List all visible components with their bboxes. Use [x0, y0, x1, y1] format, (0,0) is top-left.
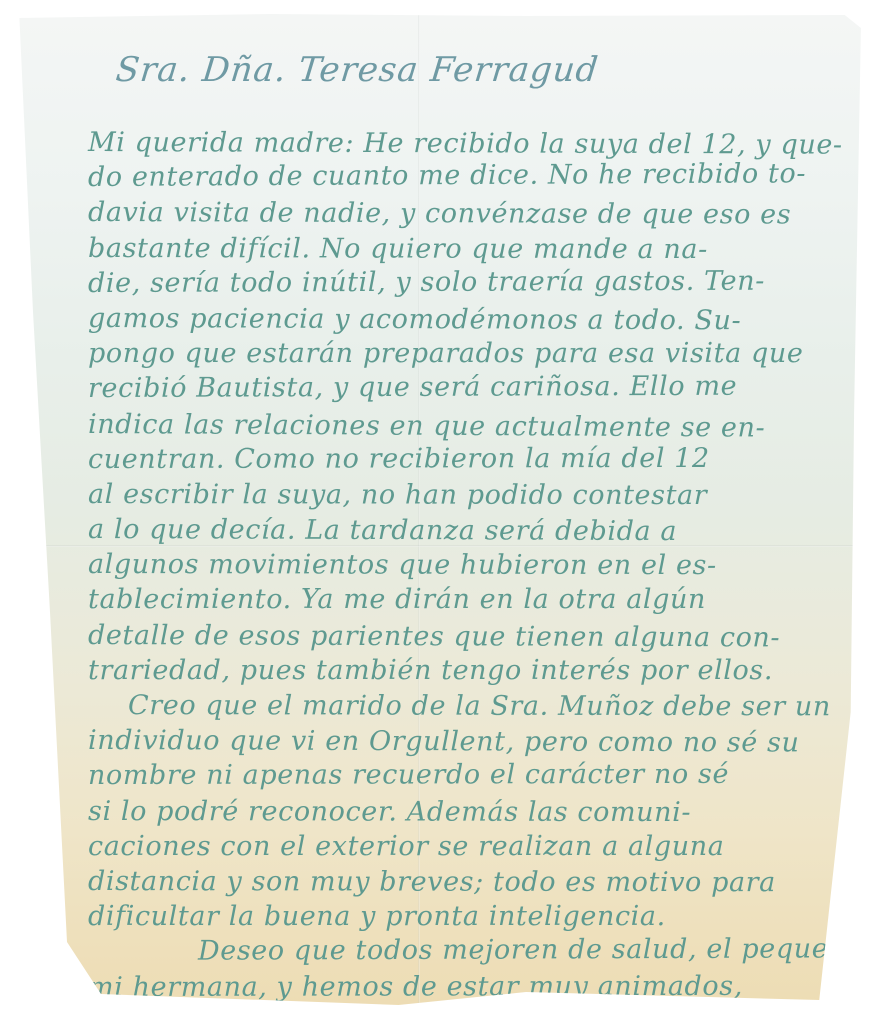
letter-line: gamos paciencia y acomodémonos a todo. S… — [88, 301, 848, 339]
letter-body: Mi querida madre: He recibido la suya de… — [88, 125, 848, 1005]
letter-line: die, sería todo inútil, y solo traería g… — [88, 263, 848, 301]
letter-line: caciones con el exterior se realizan a a… — [88, 829, 848, 864]
letter-line: davia visita de nadie, y convénzase de q… — [88, 195, 848, 233]
letter-line: al escribir la suya, no han podido conte… — [88, 477, 848, 514]
letter-line: nombre ni apenas recuerdo el carácter no… — [88, 757, 848, 794]
letter-line: cuentran. Como no recibieron la mía del … — [88, 440, 848, 477]
letter-line: indica las relaciones en que actualmente… — [88, 407, 848, 446]
letter-line: mi hermana, y hemos de estar muy animado… — [88, 968, 848, 1005]
letter-line: detalle de esos parientes que tienen alg… — [88, 618, 848, 656]
letter-addressee: Sra. Dña. Teresa Ferragud — [114, 50, 601, 90]
letter-line: Deseo que todos mejoren de salud, el peq… — [88, 932, 848, 970]
letter-line: individuo que vi en Orgullent, pero como… — [88, 723, 848, 761]
letter-line: recibió Bautista, y que será cariñosa. E… — [88, 369, 848, 407]
image-stage: Sra. Dña. Teresa Ferragud Mi querida mad… — [0, 0, 885, 1024]
letter-line: tablecimiento. Ya me dirán en la otra al… — [88, 582, 848, 617]
letter-line: pongo que estarán preparados para esa vi… — [88, 336, 848, 371]
letter-line: distancia y son muy breves; todo es moti… — [88, 864, 848, 901]
letter-line: Creo que el marido de la Sra. Muñoz debe… — [88, 688, 848, 725]
letter-line: a lo que decía. La tardanza será debida … — [88, 512, 848, 550]
letter-line: do enterado de cuanto me dice. No he rec… — [88, 156, 848, 195]
letter-line: trariedad, pues también tengo interés po… — [88, 653, 848, 688]
letter-line: algunos movimientos que hubieron en el e… — [88, 547, 848, 584]
letter-sheet: Sra. Dña. Teresa Ferragud Mi querida mad… — [16, 12, 866, 1012]
letter-line: dificultar la buena y pronta inteligenci… — [88, 899, 848, 934]
letter-line: bastante difícil. No quiero que mande a … — [88, 231, 848, 268]
letter-line: si lo podré reconocer. Además las comuni… — [88, 794, 848, 831]
